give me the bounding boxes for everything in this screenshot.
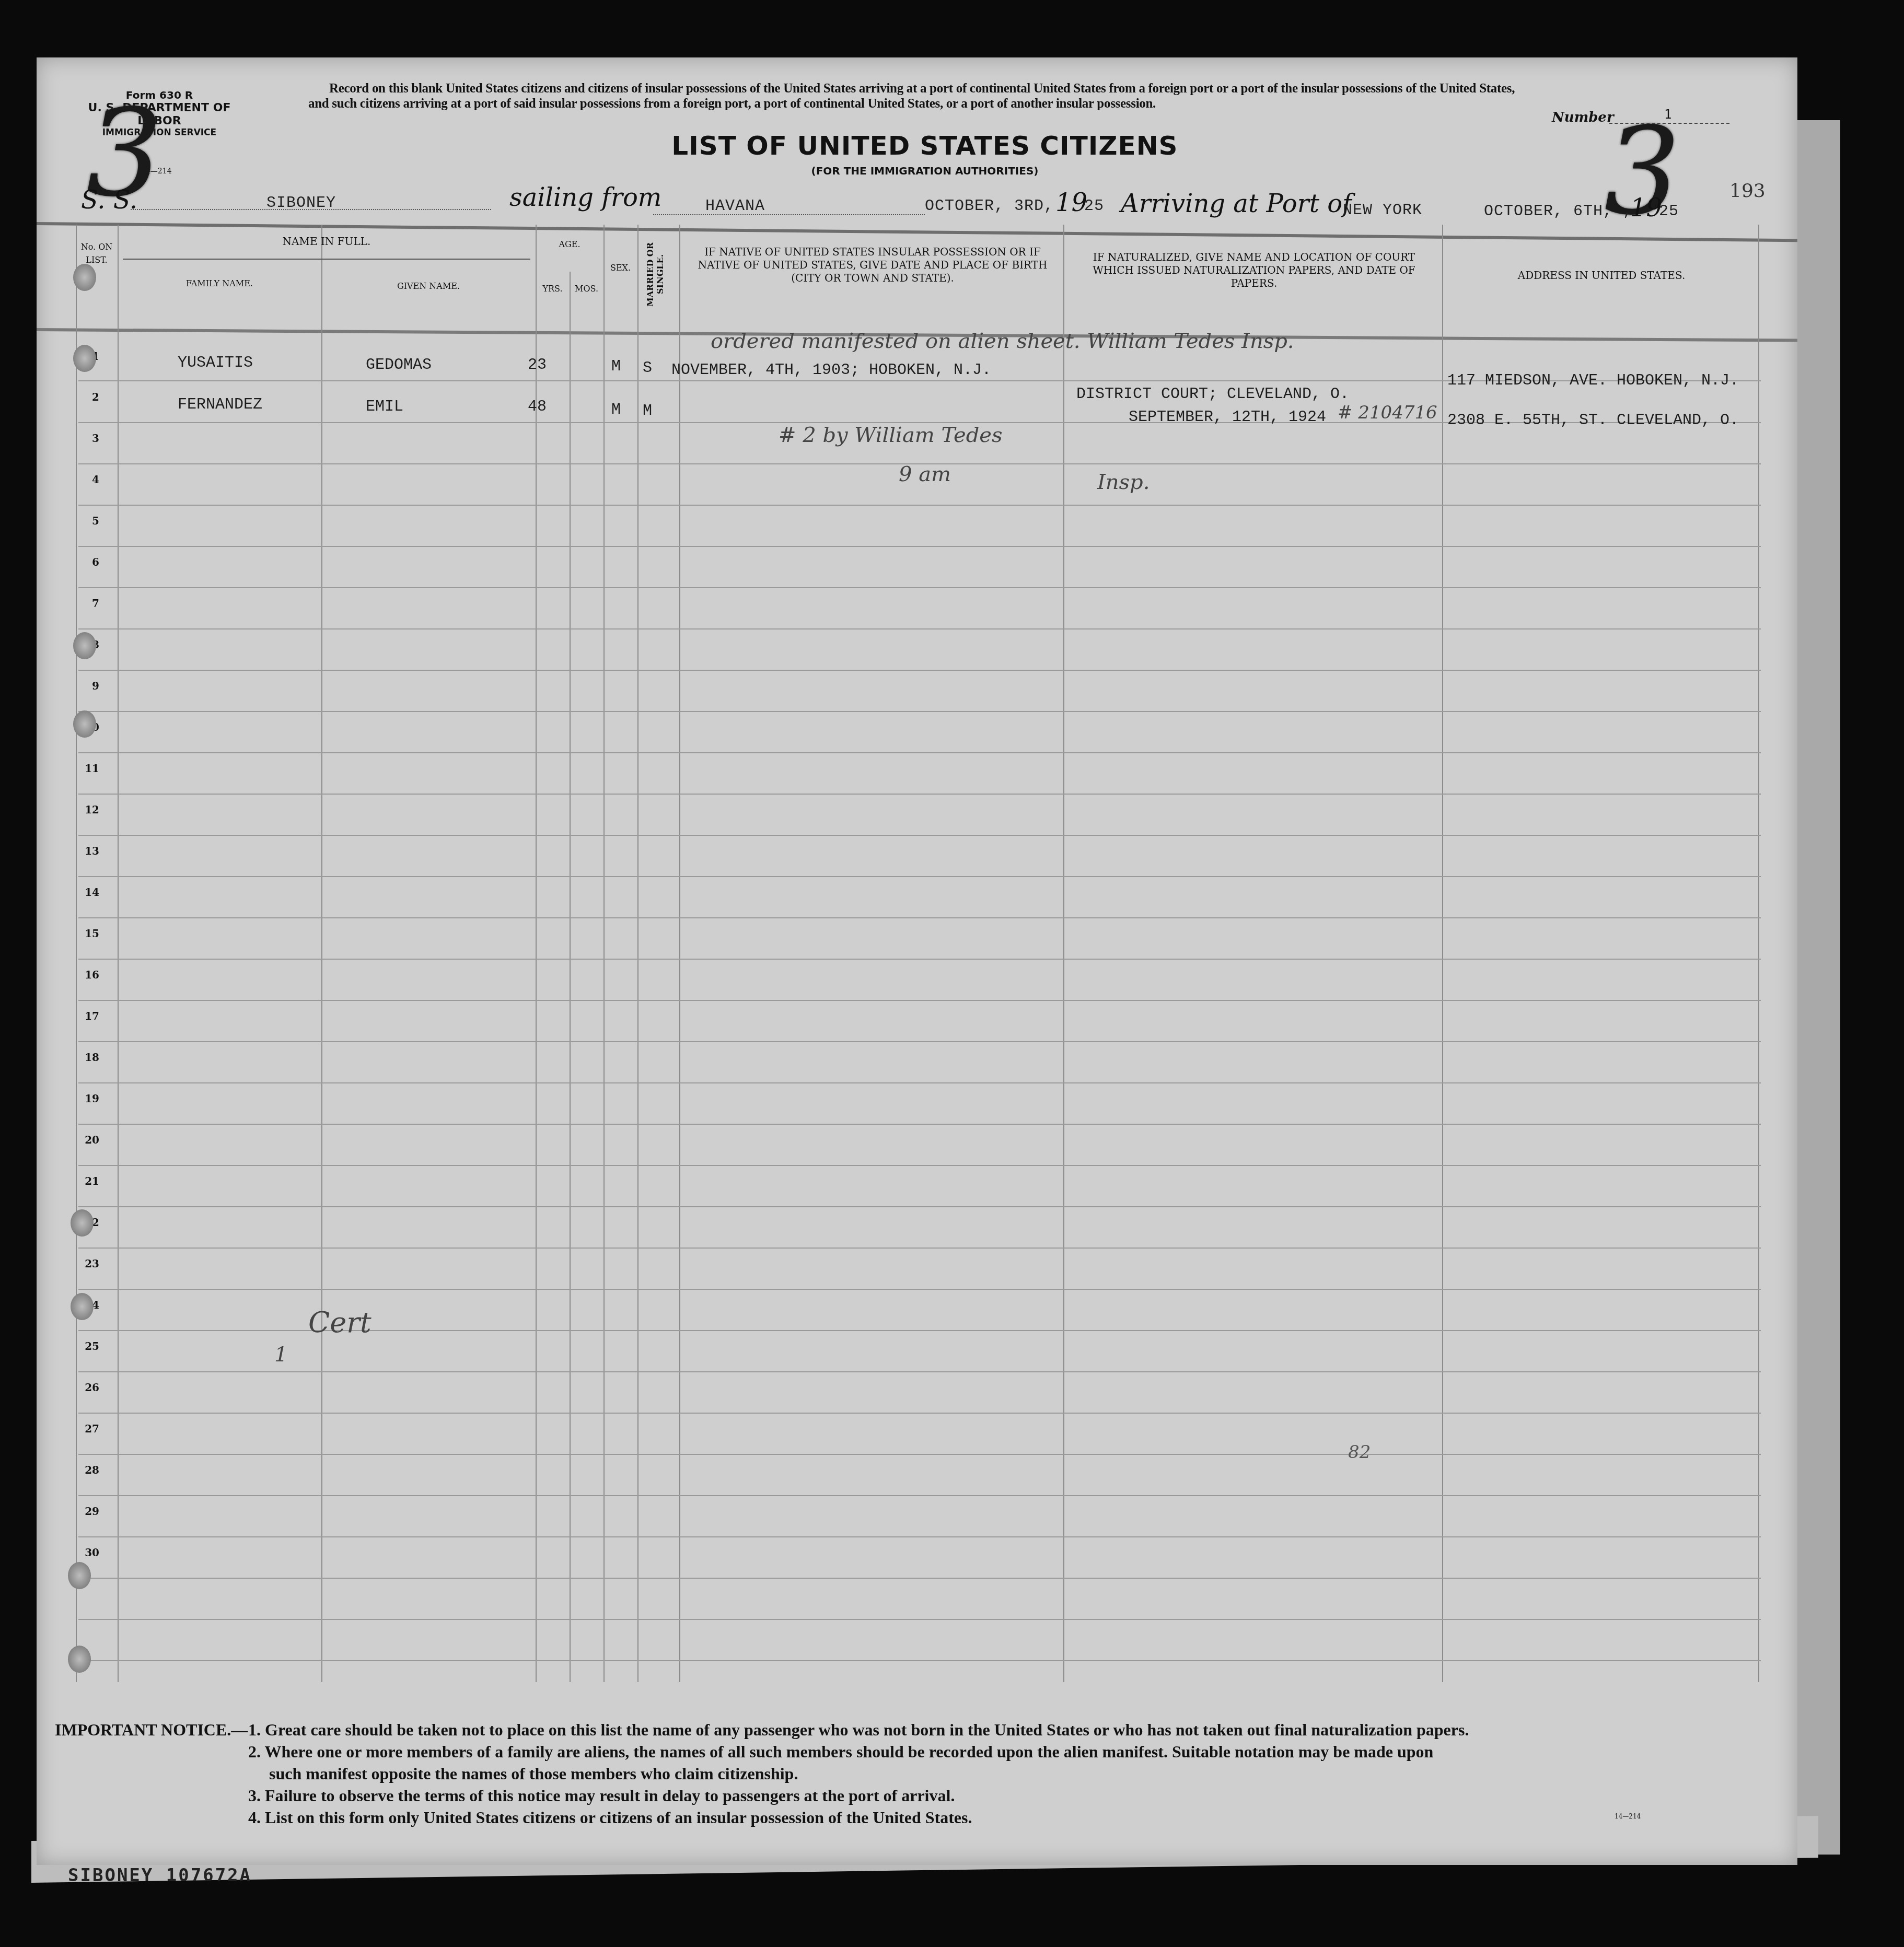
column-divider bbox=[1442, 225, 1443, 1682]
port-to: NEW YORK bbox=[1343, 202, 1422, 219]
row-4-handwritten-time: 9 am bbox=[899, 462, 951, 486]
row-number: 6 bbox=[57, 556, 99, 568]
row-rule bbox=[78, 1000, 1761, 1001]
document-title: LIST OF UNITED STATES CITIZENS bbox=[611, 131, 1238, 161]
column-divider bbox=[1063, 225, 1064, 1682]
binding-hole bbox=[71, 1293, 94, 1320]
document-subtitle: (FOR THE IMMIGRATION AUTHORITIES) bbox=[716, 165, 1134, 177]
entry-2-given-name: EMIL bbox=[366, 398, 403, 416]
row-number: 2 bbox=[57, 391, 99, 403]
notice-form-code: 14—214 bbox=[1615, 1813, 1641, 1820]
row-number: 28 bbox=[57, 1464, 99, 1476]
port-from-dotfill bbox=[653, 214, 925, 215]
row-number: 18 bbox=[57, 1051, 99, 1064]
col-header-naturalization-info: IF NATURALIZED, GIVE NAME AND LOCATION O… bbox=[1074, 251, 1434, 290]
row-rule bbox=[78, 505, 1761, 506]
row-number: 16 bbox=[57, 969, 99, 981]
column-divider bbox=[321, 225, 322, 1682]
entry-1-marital: S bbox=[643, 359, 652, 377]
row-rule bbox=[78, 1082, 1761, 1083]
row-number: 14 bbox=[57, 886, 99, 899]
notice-item-1: IMPORTANT NOTICE.—1. Great care should b… bbox=[55, 1719, 1748, 1741]
departure-date: OCTOBER, 3RD, bbox=[925, 197, 1054, 215]
notice-item-3: 3. Failure to observe the terms of this … bbox=[55, 1785, 1748, 1806]
row-4-handwritten-insp: Insp. bbox=[1097, 470, 1150, 494]
row-number: 15 bbox=[57, 927, 99, 940]
row-number: 9 bbox=[57, 680, 99, 692]
row-rule bbox=[78, 959, 1761, 960]
ss-label: S. S. bbox=[81, 185, 137, 215]
notice-item-2-continued: such manifest opposite the names of thos… bbox=[55, 1763, 1748, 1785]
binding-hole bbox=[73, 710, 96, 738]
row-number: 3 bbox=[57, 432, 99, 445]
row-number: 12 bbox=[57, 803, 99, 816]
row-number: 17 bbox=[57, 1010, 99, 1022]
row-rule bbox=[78, 628, 1761, 629]
row-number: 11 bbox=[57, 762, 99, 775]
row-rule bbox=[78, 1206, 1761, 1207]
row-3-handwritten-note: # 2 by William Tedes bbox=[779, 423, 1002, 447]
name-subheader-rule bbox=[123, 259, 530, 260]
row-number: 26 bbox=[57, 1381, 99, 1394]
row-25-tally-mark: 1 bbox=[274, 1343, 287, 1367]
col-header-yrs: YRS. bbox=[536, 282, 570, 295]
col-header-no-on-list: No. ON LIST. bbox=[76, 240, 118, 266]
row-rule bbox=[78, 1578, 1761, 1579]
row-rule bbox=[78, 1248, 1761, 1249]
sailing-from-label: sailing from bbox=[509, 183, 661, 212]
entry-2-naturalization-date: SEPTEMBER, 12TH, 1924 bbox=[1129, 409, 1326, 426]
entry-2-marital: M bbox=[643, 402, 652, 420]
entry-1-birth: NOVEMBER, 4TH, 1903; HOBOKEN, N.J. bbox=[671, 362, 991, 379]
col-header-address: ADDRESS IN UNITED STATES. bbox=[1447, 269, 1756, 282]
col-header-sex: SEX. bbox=[603, 261, 637, 274]
departure-year-prefix: 19 bbox=[1055, 188, 1087, 217]
entry-2-family-name: FERNANDEZ bbox=[178, 396, 262, 414]
page-number: 193 bbox=[1729, 180, 1766, 202]
row-rule bbox=[78, 1619, 1761, 1620]
arrival-year: 25 bbox=[1659, 203, 1679, 220]
row-number: 27 bbox=[57, 1423, 99, 1435]
arrival-date: OCTOBER, 6TH, , bbox=[1484, 203, 1633, 220]
col-header-age: AGE. bbox=[536, 238, 603, 251]
binding-hole bbox=[68, 1562, 91, 1589]
entry-1-age-yrs: 23 bbox=[528, 356, 547, 374]
entry-2-age-yrs: 48 bbox=[528, 398, 547, 416]
col-header-given-name: GIVEN NAME. bbox=[321, 279, 536, 293]
row-rule bbox=[78, 876, 1761, 877]
row-rule bbox=[78, 1495, 1761, 1496]
row-rule bbox=[78, 1124, 1761, 1125]
notice-item-2: 2. Where one or more members of a family… bbox=[55, 1741, 1748, 1763]
row-number: 4 bbox=[57, 473, 99, 486]
row-rule bbox=[78, 1165, 1761, 1166]
row-number: 20 bbox=[57, 1134, 99, 1146]
ship-name: SIBONEY bbox=[266, 194, 336, 212]
column-divider bbox=[536, 225, 537, 1682]
row-number: 29 bbox=[57, 1505, 99, 1518]
entry-1-given-name: GEDOMAS bbox=[366, 356, 432, 374]
col-header-married-or-single: MARRIED OR SINGLE. bbox=[645, 230, 671, 319]
row-number: 13 bbox=[57, 845, 99, 857]
entry-1-family-name: YUSAITIS bbox=[178, 354, 253, 372]
binding-hole bbox=[73, 345, 96, 372]
row-rule bbox=[78, 546, 1761, 547]
column-divider bbox=[603, 225, 605, 1682]
col-header-name-in-full: NAME IN FULL. bbox=[118, 235, 536, 248]
notice-lead: IMPORTANT NOTICE.— bbox=[55, 1719, 248, 1741]
row-rule bbox=[78, 587, 1761, 588]
entry-1-address: 117 MIEDSON, AVE. HOBOKEN, N.J. bbox=[1447, 372, 1739, 390]
column-divider bbox=[1758, 225, 1759, 1682]
row-number: 30 bbox=[57, 1546, 99, 1559]
entry-2-sex: M bbox=[611, 401, 621, 419]
row-rule bbox=[78, 1536, 1761, 1537]
row-rule bbox=[78, 670, 1761, 671]
col-header-mos: MOS. bbox=[570, 282, 603, 295]
row-rule bbox=[78, 711, 1761, 712]
entry-2-address: 2308 E. 55TH, ST. CLEVELAND, O. bbox=[1447, 412, 1739, 429]
entry-2-naturalization-court: DISTRICT COURT; CLEVELAND, O. bbox=[1076, 386, 1349, 403]
arrival-year-prefix: 19 bbox=[1630, 193, 1662, 223]
row-rule bbox=[78, 752, 1761, 753]
row-rule bbox=[78, 1041, 1761, 1042]
col-header-family-name: FAMILY NAME. bbox=[118, 277, 321, 290]
row-number: 25 bbox=[57, 1340, 99, 1353]
row-number: 5 bbox=[57, 515, 99, 527]
row-rule bbox=[78, 1660, 1761, 1661]
binding-hole bbox=[73, 632, 96, 659]
notice-item-4: 4. List on this form only United States … bbox=[55, 1806, 1748, 1828]
departure-year: 25 bbox=[1084, 197, 1104, 215]
column-divider bbox=[679, 225, 680, 1682]
column-divider bbox=[637, 225, 638, 1682]
port-from: HAVANA bbox=[705, 197, 765, 215]
microfilm-stamp: SIBONEY 107672A bbox=[68, 1865, 252, 1886]
binding-hole bbox=[68, 1646, 91, 1673]
row-rule bbox=[78, 917, 1761, 918]
form-instructions: Record on this blank United States citiz… bbox=[308, 81, 1526, 111]
row-rule bbox=[78, 1289, 1761, 1290]
row-number: 19 bbox=[57, 1092, 99, 1105]
column-divider bbox=[118, 225, 119, 1682]
entry-2-certificate-number: # 2104716 bbox=[1338, 402, 1437, 423]
row-rule bbox=[78, 835, 1761, 836]
column-divider bbox=[570, 272, 571, 1682]
important-notice: IMPORTANT NOTICE.—1. Great care should b… bbox=[55, 1719, 1748, 1828]
row-rule bbox=[78, 1454, 1761, 1455]
col-header-birth-info: IF NATIVE OF UNITED STATES INSULAR POSSE… bbox=[690, 246, 1055, 285]
row-number: 21 bbox=[57, 1175, 99, 1187]
row-rule bbox=[78, 794, 1761, 795]
row-number: 7 bbox=[57, 597, 99, 610]
row-28-handwritten-number: 82 bbox=[1348, 1442, 1371, 1463]
row-25-handwritten-cert: Cert bbox=[308, 1306, 371, 1339]
row-rule bbox=[78, 1413, 1761, 1414]
binding-hole bbox=[71, 1209, 94, 1237]
binding-hole bbox=[73, 264, 96, 291]
row-rule bbox=[78, 1371, 1761, 1372]
entry-1-sex: M bbox=[611, 358, 621, 376]
row-number: 23 bbox=[57, 1257, 99, 1270]
manifest-page: Form 630 R U. S. DEPARTMENT OF LABOR IMM… bbox=[37, 57, 1797, 1865]
row-1-handwritten-note: ordered manifested on alien sheet. Willi… bbox=[711, 329, 1294, 353]
arriving-label: Arriving at Port of bbox=[1121, 189, 1352, 218]
